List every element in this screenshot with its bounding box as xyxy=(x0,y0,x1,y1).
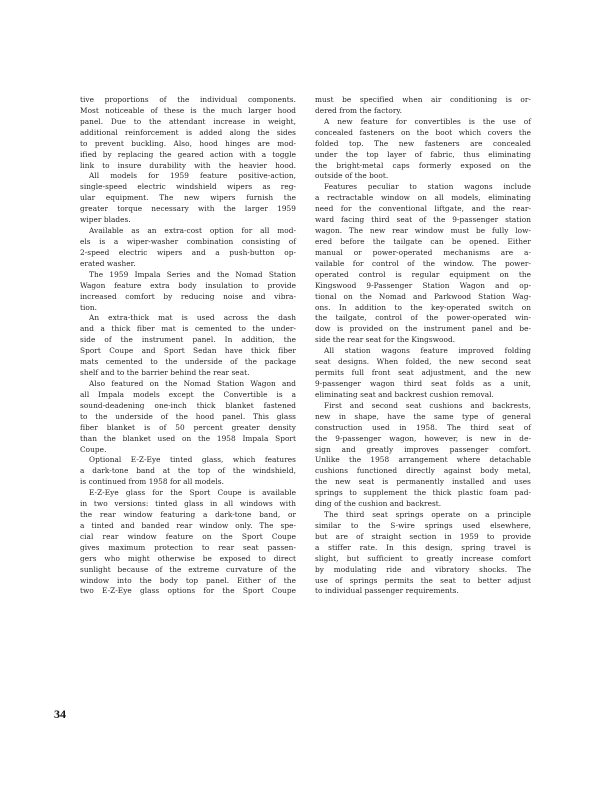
text-line: manual or power-operated mechanisms are … xyxy=(315,248,531,259)
text-line: gers who might otherwise be exposed to d… xyxy=(80,554,296,565)
text-line: increased comfort by reducing noise and … xyxy=(80,292,296,303)
text-line: The third seat springs operate on a prin… xyxy=(315,510,531,521)
text-line: seat designs. When folded, the new secon… xyxy=(315,357,531,368)
text-line: the rear window featuring a dark-tone ba… xyxy=(80,510,296,521)
text-line: tive proportions of the individual compo… xyxy=(80,95,296,106)
text-line: First and second seat cushions and backr… xyxy=(315,401,531,412)
text-line: A new feature for convertibles is the us… xyxy=(315,117,531,128)
text-line: cial rear window feature on the Sport Co… xyxy=(80,532,296,543)
text-line: but are of straight section in 1959 to p… xyxy=(315,532,531,543)
text-line: side of the instrument panel. In additio… xyxy=(80,335,296,346)
text-line: Features peculiar to station wagons incl… xyxy=(315,182,531,193)
text-line: is continued from 1958 for all models. xyxy=(80,477,296,488)
page-number: 34 xyxy=(54,707,66,722)
text-line: 2-speed electric wipers and a push-butto… xyxy=(80,248,296,259)
text-line: construction used in 1958. The third sea… xyxy=(315,423,531,434)
text-line: use of springs permits the seat to bette… xyxy=(315,576,531,587)
text-line: to the underside of the hood panel. This… xyxy=(80,412,296,423)
text-line: Available as an extra-cost option for al… xyxy=(80,226,296,237)
text-line: slight, but sufficient to greatly increa… xyxy=(315,554,531,565)
text-line: ward facing third seat of the 9-passenge… xyxy=(315,215,531,226)
text-line: permits full front seat adjustment, and … xyxy=(315,368,531,379)
text-line: Wagon feature extra body insulation to p… xyxy=(80,281,296,292)
text-line: by modulating ride and vibratory shocks.… xyxy=(315,565,531,576)
text-line: All station wagons feature improved fold… xyxy=(315,346,531,357)
text-line: ified by replacing the geared action wit… xyxy=(80,150,296,161)
text-line: greater torque necessary with the larger… xyxy=(80,204,296,215)
text-line: All models for 1959 feature positive-act… xyxy=(80,171,296,182)
text-line: wagon. The new rear window must be fully… xyxy=(315,226,531,237)
text-line: gives maximum protection to rear seat pa… xyxy=(80,543,296,554)
text-line: the new seat is permanently installed an… xyxy=(315,477,531,488)
text-line: fiber blanket is of 50 percent greater d… xyxy=(80,423,296,434)
text-line: side the rear seat for the Kingswood. xyxy=(315,335,531,346)
text-line: sound-deadening one-inch thick blanket f… xyxy=(80,401,296,412)
text-line: erated washer. xyxy=(80,259,296,270)
text-line: additional reinforcement is added along … xyxy=(80,128,296,139)
text-line: to prevent buckling. Also, hood hinges a… xyxy=(80,139,296,150)
text-line: Coupe. xyxy=(80,445,296,456)
text-line: than the blanket used on the 1958 Impala… xyxy=(80,434,296,445)
text-line: a tinted and banded rear window only. Th… xyxy=(80,521,296,532)
text-line: ular equipment. The new wipers furnish t… xyxy=(80,193,296,204)
text-line: need for the conventional liftgate, and … xyxy=(315,204,531,215)
text-line: Kingswood 9-Passenger Station Wagon and … xyxy=(315,281,531,292)
text-line: wiper blades. xyxy=(80,215,296,226)
text-line: similar to the S-wire springs used elsew… xyxy=(315,521,531,532)
text-line: mats cemented to the underside of the pa… xyxy=(80,357,296,368)
text-line: vailable for control of the window. The … xyxy=(315,259,531,270)
text-line: to individual passenger requirements. xyxy=(315,586,531,597)
text-line: operated control is regular equipment on… xyxy=(315,270,531,281)
text-line: sunlight because of the extreme curvatur… xyxy=(80,565,296,576)
text-line: the 9-passenger wagon, however, is new i… xyxy=(315,434,531,445)
text-line: outside of the boot. xyxy=(315,171,531,182)
text-line: E-Z-Eye glass for the Sport Coupe is ava… xyxy=(80,488,296,499)
text-line: tional on the Nomad and Parkwood Station… xyxy=(315,292,531,303)
text-line: dow is provided on the instrument panel … xyxy=(315,324,531,335)
text-line: Optional E-Z-Eye tinted glass, which fea… xyxy=(80,455,296,466)
text-line: Also featured on the Nomad Station Wagon… xyxy=(80,379,296,390)
text-line: cushions functioned directly against bod… xyxy=(315,466,531,477)
text-line: the tailgate, control of the power-opera… xyxy=(315,313,531,324)
text-line: the bright-metal caps formerly exposed o… xyxy=(315,161,531,172)
text-line: under the top layer of fabric, thus elim… xyxy=(315,150,531,161)
document-page: tive proportions of the individual compo… xyxy=(0,0,612,792)
text-line: sign and greatly improves passenger comf… xyxy=(315,445,531,456)
left-text-column: tive proportions of the individual compo… xyxy=(80,95,296,597)
text-line: in two versions: tinted glass in all win… xyxy=(80,499,296,510)
text-line: Sport Coupe and Sport Sedan have thick f… xyxy=(80,346,296,357)
text-line: concealed fasteners on the boot which co… xyxy=(315,128,531,139)
text-line: all Impala models except the Convertible… xyxy=(80,390,296,401)
text-line: panel. Due to the attendant increase in … xyxy=(80,117,296,128)
text-line: ons. In addition to the key-operated swi… xyxy=(315,303,531,314)
text-line: two E-Z-Eye glass options for the Sport … xyxy=(80,586,296,597)
text-line: tion. xyxy=(80,303,296,314)
text-line: a stiffer rate. In this design, spring t… xyxy=(315,543,531,554)
text-line: dered from the factory. xyxy=(315,106,531,117)
text-line: springs to supplement the thick plastic … xyxy=(315,488,531,499)
text-line: a rectractable window on all models, eli… xyxy=(315,193,531,204)
text-line: link to insure durability with the heavi… xyxy=(80,161,296,172)
text-line: shelf and to the barrier behind the rear… xyxy=(80,368,296,379)
text-line: eliminating seat and backrest cushion re… xyxy=(315,390,531,401)
text-line: An extra-thick mat is used across the da… xyxy=(80,313,296,324)
text-line: ered before the tailgate can be opened. … xyxy=(315,237,531,248)
right-text-column: must be specified when air conditioning … xyxy=(315,95,531,597)
text-line: els is a wiper-washer combination consis… xyxy=(80,237,296,248)
text-line: The 1959 Impala Series and the Nomad Sta… xyxy=(80,270,296,281)
text-line: ding of the cushion and backrest. xyxy=(315,499,531,510)
text-line: folded top. The new fasteners are concea… xyxy=(315,139,531,150)
text-line: Unlike the 1958 arrangement where detach… xyxy=(315,455,531,466)
text-line: 9-passenger wagon third seat folds as a … xyxy=(315,379,531,390)
text-line: Most noticeable of these is the much lar… xyxy=(80,106,296,117)
text-line: single-speed electric windshield wipers … xyxy=(80,182,296,193)
text-line: and a thick fiber mat is cemented to the… xyxy=(80,324,296,335)
text-line: window into the body top panel. Either o… xyxy=(80,576,296,587)
text-line: new in shape, have the same type of gene… xyxy=(315,412,531,423)
text-line: a dark-tone band at the top of the winds… xyxy=(80,466,296,477)
text-line: must be specified when air conditioning … xyxy=(315,95,531,106)
